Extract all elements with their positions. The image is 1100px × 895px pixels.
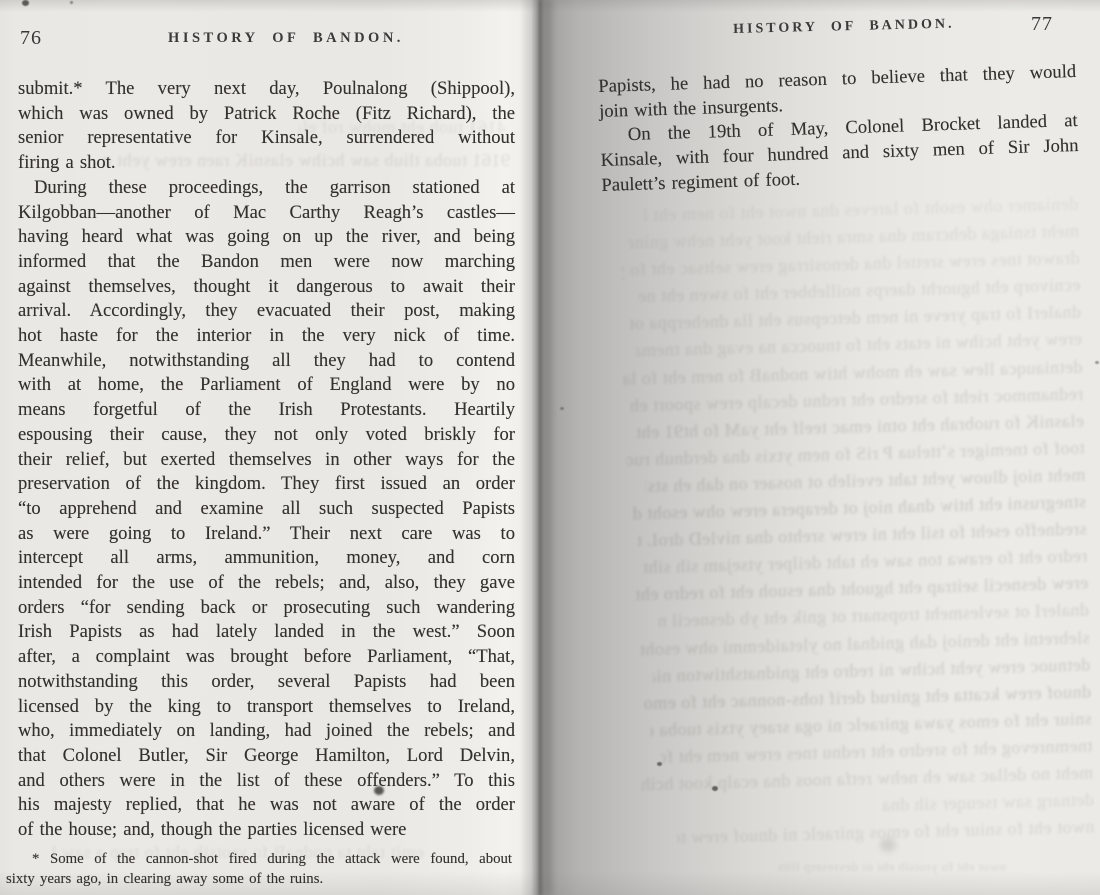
text-line: of the house; and, though the parties li… — [18, 818, 515, 843]
text-line: submit.* The very next day, Poulnalong (… — [18, 77, 515, 102]
text-line: notwithstanding this order, several Papi… — [18, 670, 515, 695]
ink-speck — [560, 407, 564, 410]
text-line: with at home, the Parliament of England … — [18, 373, 515, 398]
text-line: arrival. Accordingly, they evacuated the… — [18, 299, 515, 324]
ink-speck — [70, 1, 73, 4]
text-line: * Some of the cannon-shot fired during t… — [6, 850, 512, 870]
text-line: hot haste for the interior in the very n… — [18, 324, 515, 349]
text-line: their relief, but exerted themselves in … — [18, 448, 515, 473]
text-line: which was owned by Patrick Roche (Fitz R… — [18, 102, 515, 127]
text-line: as were going to Ireland.” Their next ca… — [18, 522, 515, 547]
paragraph: On the 19th of May, Colonel Brocket land… — [600, 109, 1080, 198]
text-line: Kilgobban—another of Mac Carthy Reagh’s … — [18, 201, 515, 226]
right-page-text: Papists, he had no reason to believe tha… — [598, 60, 1080, 198]
running-header-left: HISTORY OF BANDON. — [150, 30, 422, 47]
text-line: that Colonel Butler, Sir George Hamilton… — [18, 744, 515, 769]
paragraph: submit.* The very next day, Poulnalong (… — [18, 77, 515, 176]
page-number-right: 77 — [1031, 13, 1053, 36]
text-line: orders “for sending back or prosecuting … — [18, 596, 515, 621]
paragraph: * Some of the cannon-shot fired during t… — [6, 850, 512, 889]
text-line: intercept all arms, ammunition, money, a… — [18, 546, 515, 571]
text-line: “to apprehend and examine all such suspe… — [18, 497, 515, 522]
text-line: informed that the Bandon men were now ma… — [18, 250, 515, 275]
text-line: having heard what was going on up the ri… — [18, 225, 515, 250]
text-line: and others were in the list of these off… — [18, 769, 515, 794]
ink-speck — [712, 786, 718, 791]
text-line: against themselves, thought it dangerous… — [18, 275, 515, 300]
ink-speck — [22, 0, 29, 6]
text-line: intended for the use of the rebels; and,… — [18, 571, 515, 596]
page-number-left: 76 — [20, 27, 42, 50]
footnote: * Some of the cannon-shot fired during t… — [6, 850, 512, 889]
text-line: firing a shot. — [18, 151, 515, 176]
show-through-block: deniamer ohw esoht fo lareves dna nwot e… — [606, 191, 1095, 853]
gutter-fold-line — [539, 0, 541, 895]
ink-speck — [880, 838, 896, 852]
text-line: who, immediately on landing, had joined … — [18, 719, 515, 744]
gutter-shadow — [544, 0, 552, 895]
ink-speck — [1095, 361, 1099, 364]
text-line: preservation of the kingdom. They first … — [18, 472, 515, 497]
paragraph: During these proceedings, the garrison s… — [18, 176, 515, 843]
text-line: espousing their cause, they not only vot… — [18, 423, 515, 448]
text-line: senior representative for Kinsale, surre… — [18, 126, 515, 151]
text-line: means forgetful of the Irish Protestants… — [18, 398, 515, 423]
text-line: sixty years ago, in clearing away some o… — [6, 870, 512, 890]
running-header-right: HISTORY OF BANDON. — [733, 17, 938, 38]
text-line: During these proceedings, the garrison s… — [18, 176, 515, 201]
text-line: Meanwhile, notwithstanding all they had … — [18, 349, 515, 374]
ink-speck — [374, 786, 384, 795]
left-page-text: submit.* The very next day, Poulnalong (… — [18, 77, 515, 843]
text-line: Irish Papists as had lately landed in th… — [18, 620, 515, 645]
text-line: licensed by the king to transport themse… — [18, 695, 515, 720]
text-line: his majesty replied, that he was not awa… — [18, 793, 515, 818]
text-line: after, a complaint was brought before Pa… — [18, 645, 515, 670]
ink-speck — [657, 762, 662, 766]
book-spread: 4161 tuob eht mohw rof elasniK evah9161 … — [0, 0, 1100, 895]
show-through-text-line: nwot eht fo yrotsih eht ni devreserp lli… — [688, 858, 1006, 876]
